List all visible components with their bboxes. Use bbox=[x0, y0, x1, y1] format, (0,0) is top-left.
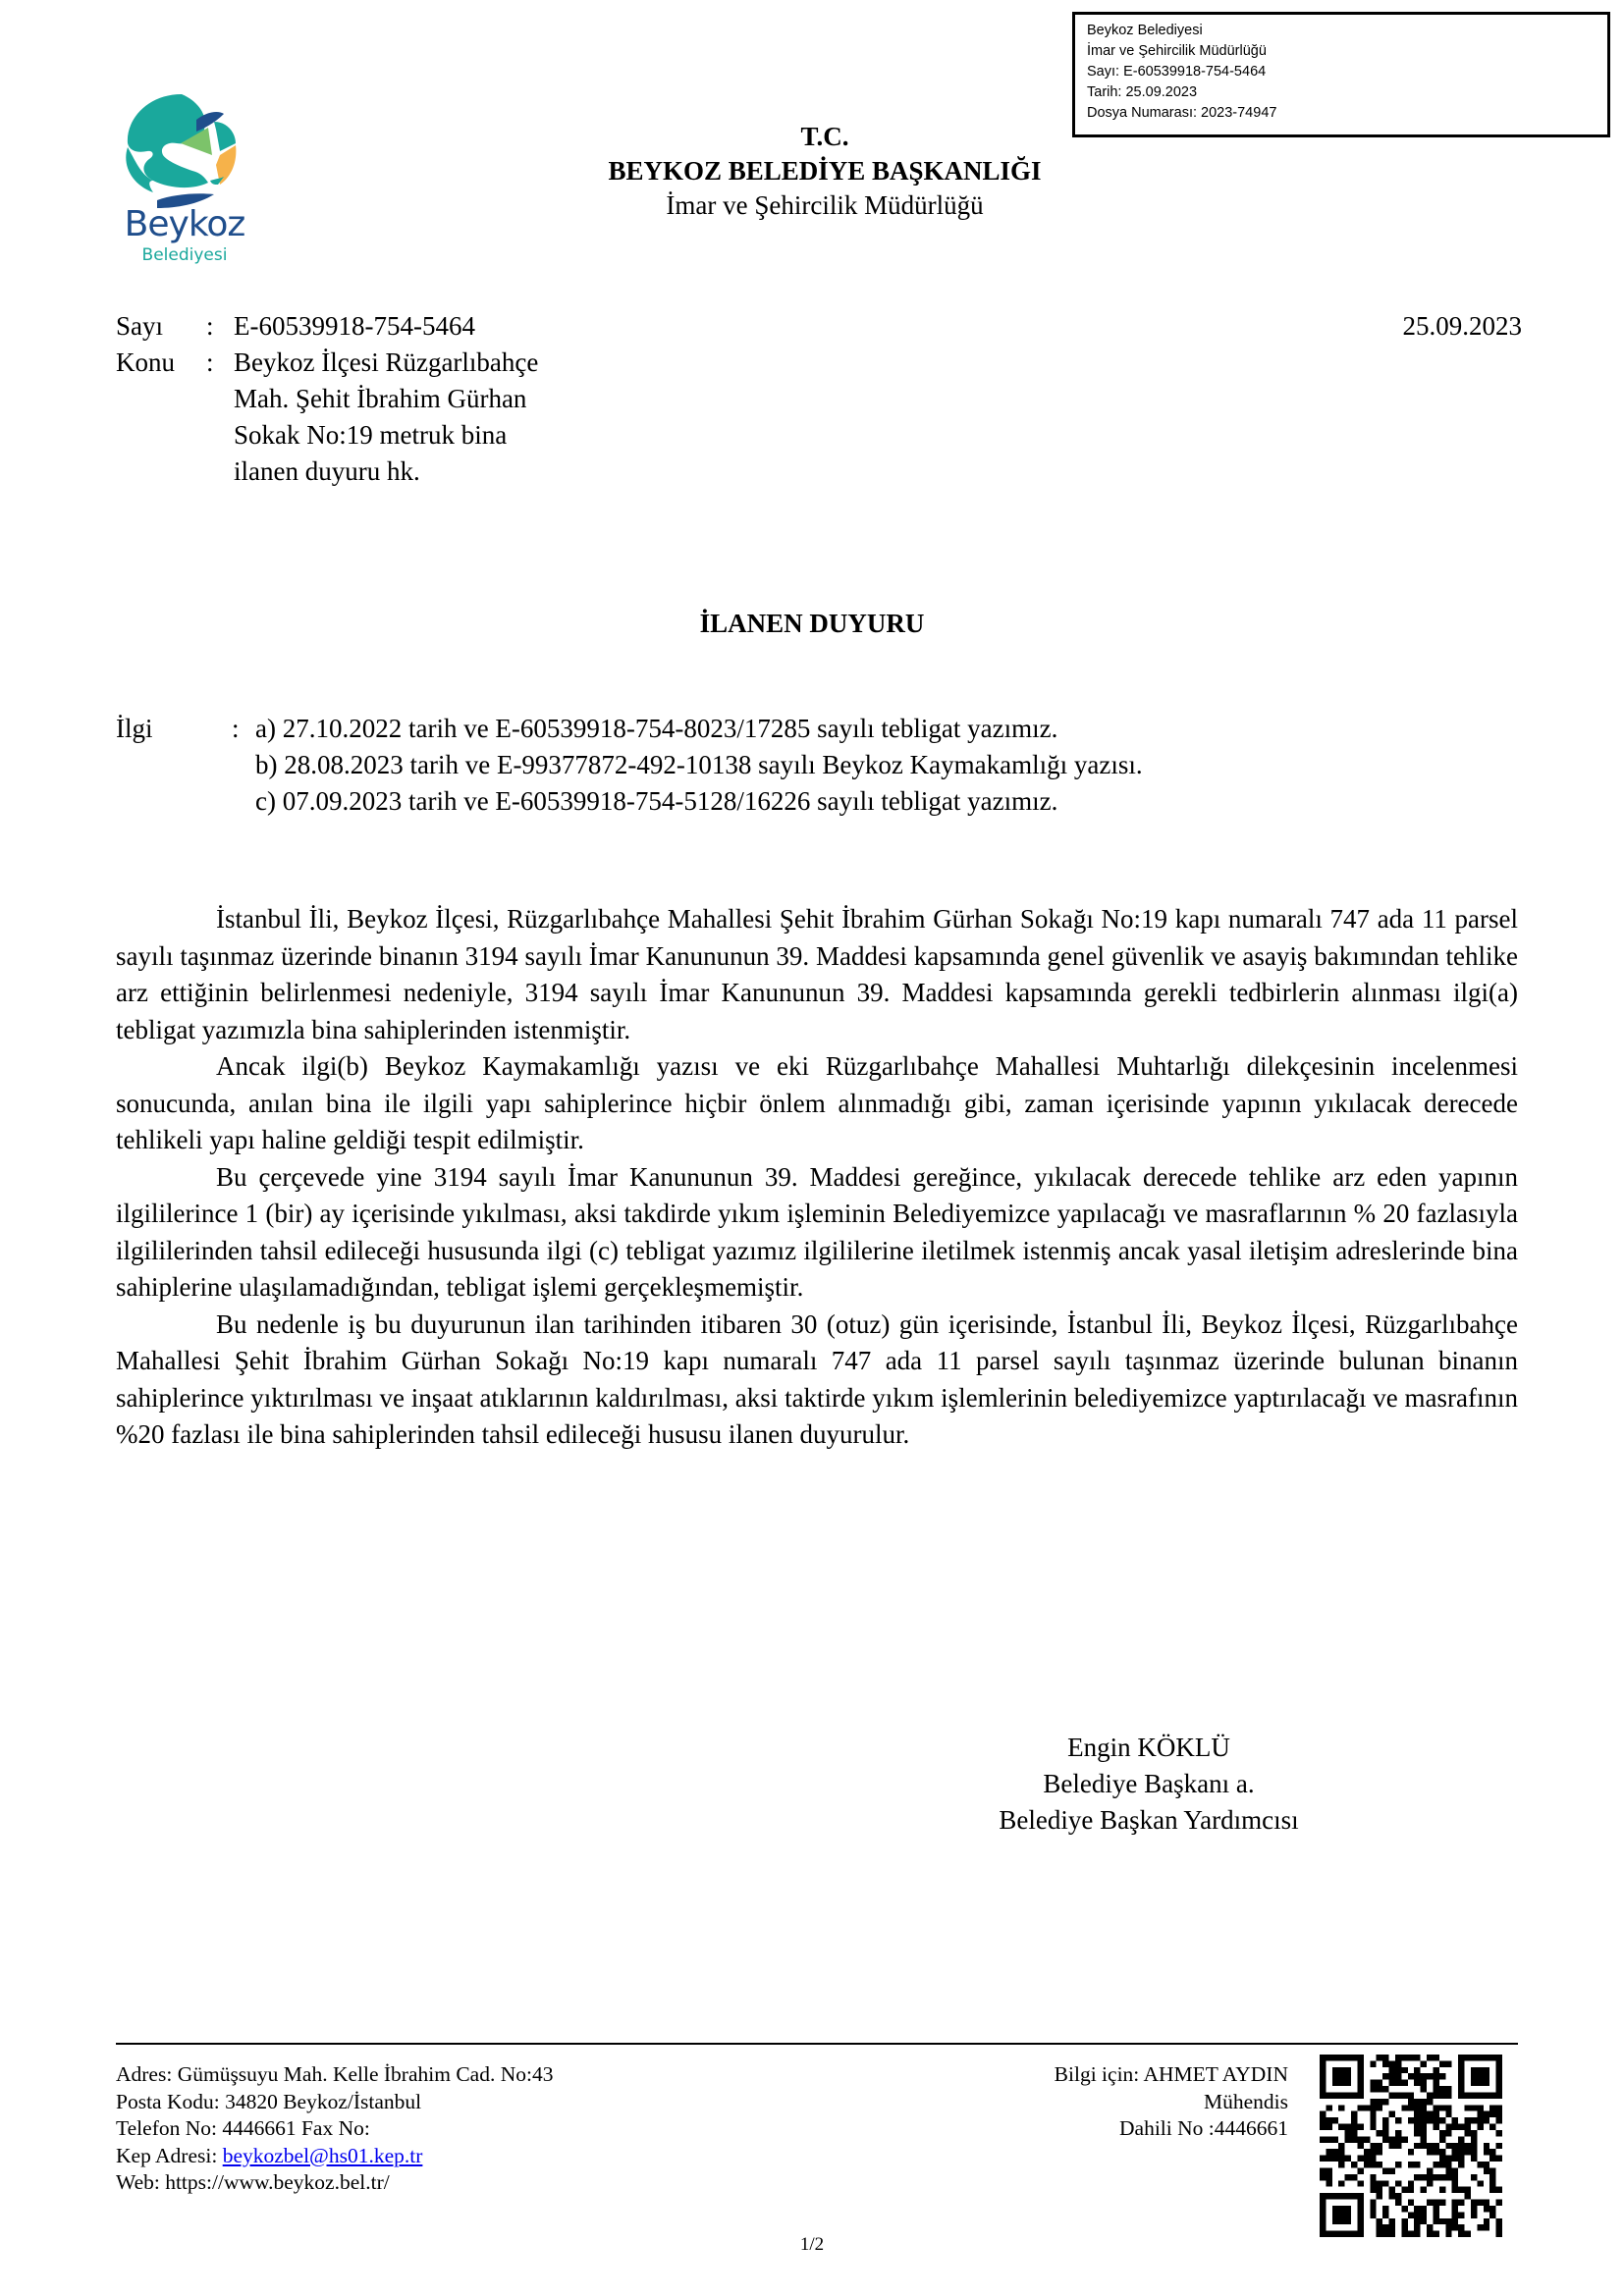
reference-item: b) 28.08.2023 tarih ve E-99377872-492-10… bbox=[255, 747, 1143, 783]
logo-name: Beykoz bbox=[106, 204, 263, 244]
document-stamp-box: Beykoz Belediyesi İmar ve Şehircilik Müd… bbox=[1072, 12, 1610, 137]
kep-email-link[interactable]: beykozbel@hs01.kep.tr bbox=[223, 2144, 423, 2167]
body-paragraph: Bu nedenle iş bu duyurunun ilan tarihind… bbox=[116, 1307, 1518, 1454]
document-date: 25.09.2023 bbox=[1355, 308, 1522, 345]
body-paragraph: Bu çerçevede yine 3194 sayılı İmar Kanun… bbox=[116, 1159, 1518, 1307]
konu-line: ilanen duyuru hk. bbox=[234, 454, 538, 490]
header-department: İmar ve Şehircilik Müdürlüğü bbox=[530, 188, 1119, 223]
stamp-line: İmar ve Şehircilik Müdürlüğü bbox=[1087, 41, 1596, 62]
colon: : bbox=[206, 308, 234, 345]
stamp-line: Beykoz Belediyesi bbox=[1087, 21, 1596, 41]
body-paragraph: İstanbul İli, Beykoz İlçesi, Rüzgarlıbah… bbox=[116, 901, 1518, 1048]
header-institution: BEYKOZ BELEDİYE BAŞKANLIĞI bbox=[530, 154, 1119, 188]
colon: : bbox=[232, 711, 255, 820]
document-meta: Sayı : E-60539918-754-5464 Konu : Beykoz… bbox=[116, 308, 538, 490]
reference-item: a) 27.10.2022 tarih ve E-60539918-754-80… bbox=[255, 711, 1143, 747]
body-paragraph: Ancak ilgi(b) Beykoz Kaymakamlığı yazısı… bbox=[116, 1048, 1518, 1159]
letterhead: T.C. BEYKOZ BELEDİYE BAŞKANLIĞI İmar ve … bbox=[530, 120, 1119, 223]
footer-postal: Posta Kodu: 34820 Beykoz/İstanbul bbox=[116, 2089, 553, 2116]
signatory-title: Belediye Başkanı a. bbox=[943, 1766, 1355, 1802]
header-tc: T.C. bbox=[530, 120, 1119, 154]
konu-label: Konu bbox=[116, 345, 206, 490]
beykoz-logo: Beykoz Belediyesi bbox=[98, 82, 265, 269]
footer-phone: Telefon No: 4446661 Fax No: bbox=[116, 2115, 553, 2143]
sayi-value: E-60539918-754-5464 bbox=[234, 308, 475, 345]
reference-list: a) 27.10.2022 tarih ve E-60539918-754-80… bbox=[255, 711, 1143, 820]
konu-line: Sokak No:19 metruk bina bbox=[234, 417, 538, 454]
stamp-line: Sayı: E-60539918-754-5464 bbox=[1087, 62, 1596, 82]
sayi-label: Sayı bbox=[116, 308, 206, 345]
qr-code-icon bbox=[1320, 2055, 1502, 2237]
document-title: İLANEN DUYURU bbox=[0, 609, 1624, 639]
footer-address: Adres: Gümüşsuyu Mah. Kelle İbrahim Cad.… bbox=[116, 2061, 553, 2089]
colon: : bbox=[206, 345, 234, 490]
info-contact: Bilgi için: AHMET AYDIN bbox=[923, 2061, 1288, 2089]
info-role: Mühendis bbox=[923, 2089, 1288, 2116]
stamp-line: Dosya Numarası: 2023-74947 bbox=[1087, 103, 1596, 124]
footer-web: Web: https://www.beykoz.bel.tr/ bbox=[116, 2169, 553, 2197]
footer-contact: Adres: Gümüşsuyu Mah. Kelle İbrahim Cad.… bbox=[116, 2061, 553, 2197]
stamp-line: Tarih: 25.09.2023 bbox=[1087, 82, 1596, 103]
konu-value: Beykoz İlçesi Rüzgarlıbahçe Mah. Şehit İ… bbox=[234, 345, 538, 490]
reference-item: c) 07.09.2023 tarih ve E-60539918-754-51… bbox=[255, 783, 1143, 820]
footer-info: Bilgi için: AHMET AYDIN Mühendis Dahili … bbox=[923, 2061, 1288, 2143]
kep-label: Kep Adresi: bbox=[116, 2144, 223, 2167]
references: İlgi : a) 27.10.2022 tarih ve E-60539918… bbox=[116, 711, 1143, 820]
konu-line: Mah. Şehit İbrahim Gürhan bbox=[234, 381, 538, 417]
signatory-title: Belediye Başkan Yardımcısı bbox=[943, 1802, 1355, 1839]
konu-line: Beykoz İlçesi Rüzgarlıbahçe bbox=[234, 345, 538, 381]
signatory-name: Engin KÖKLÜ bbox=[943, 1730, 1355, 1766]
page-number: 1/2 bbox=[0, 2234, 1624, 2256]
footer-kep: Kep Adresi: beykozbel@hs01.kep.tr bbox=[116, 2143, 553, 2170]
ilgi-label: İlgi bbox=[116, 711, 232, 820]
footer-divider bbox=[116, 2043, 1518, 2045]
info-extension: Dahili No :4446661 bbox=[923, 2115, 1288, 2143]
document-body: İstanbul İli, Beykoz İlçesi, Rüzgarlıbah… bbox=[116, 901, 1518, 1454]
logo-subtitle: Belediyesi bbox=[106, 245, 263, 265]
signature-block: Engin KÖKLÜ Belediye Başkanı a. Belediye… bbox=[943, 1730, 1355, 1839]
